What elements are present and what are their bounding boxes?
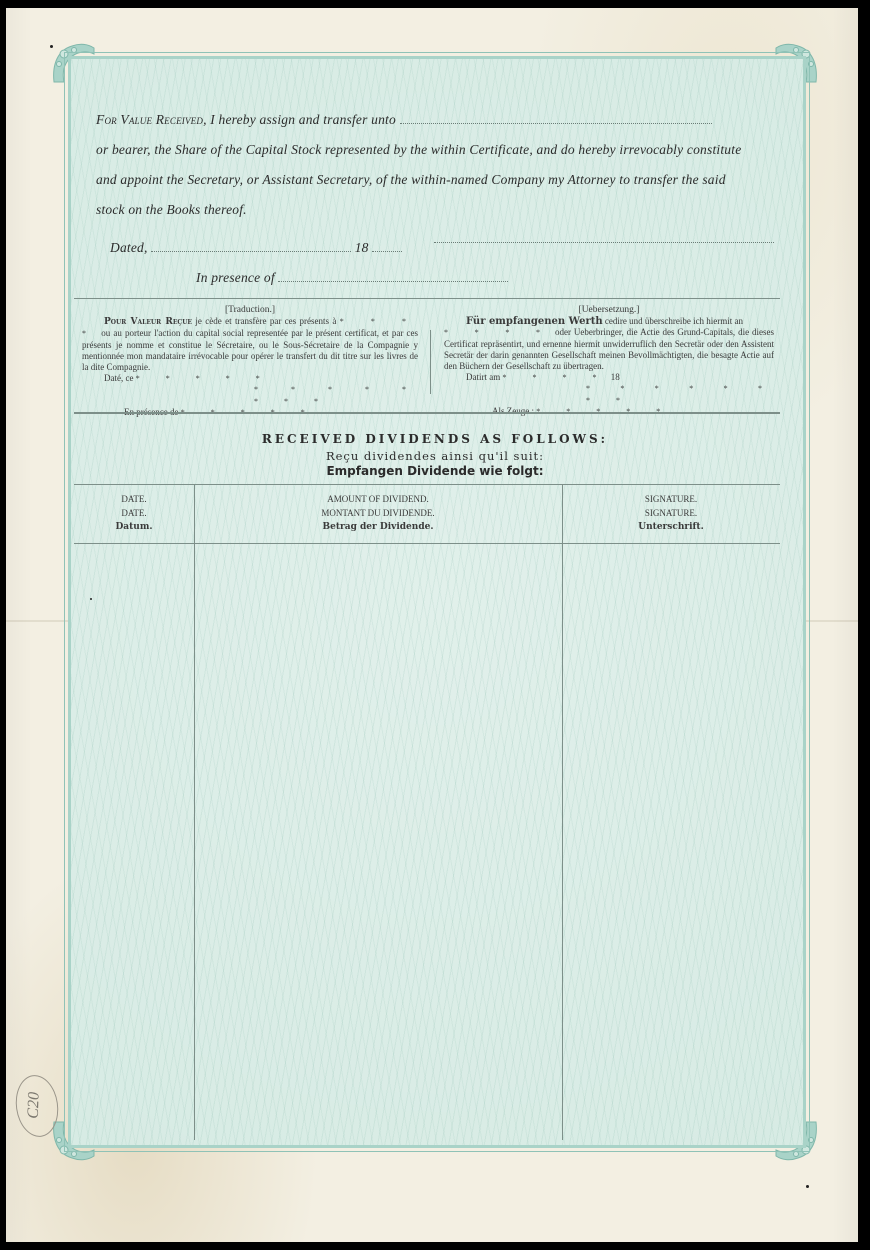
french-lead: Pour Valeur Reçue (104, 317, 192, 327)
paper-speck (90, 598, 92, 600)
presence-row: In presence of (196, 270, 508, 286)
french-heading: [Traduction.] (82, 305, 418, 316)
column-header-date: DATE. DATE. Datum. (74, 492, 194, 534)
german-witness-label: Als Zeuge : (492, 406, 534, 416)
dated-row: Dated, 18 (110, 240, 402, 256)
table-top-rule (74, 484, 780, 485)
for-value-received-caps: For Value Received (96, 112, 203, 127)
dividends-title-en: RECEIVED DIVIDENDS AS FOLLOWS: (0, 432, 870, 446)
french-body: ou au porteur l'action du capital social… (82, 328, 418, 372)
german-translation-block: [Uebersetzung.] Für empfangenen Werth ce… (444, 305, 774, 417)
translation-column-divider (430, 330, 431, 394)
year-prefix: 18 (355, 240, 369, 255)
assignment-line-1: For Value Received, I hereby assign and … (96, 112, 712, 128)
german-heading: [Uebersetzung.] (444, 305, 774, 316)
witness-blank-field[interactable] (278, 271, 508, 282)
german-lead: Für empfangenen Werth (466, 316, 603, 327)
french-dated-label: Daté, ce (104, 373, 133, 383)
date-blank-field[interactable] (151, 241, 351, 252)
assignee-blank-field[interactable] (400, 113, 712, 124)
year-blank-field[interactable] (372, 241, 402, 252)
table-header-rule (74, 543, 780, 544)
signature-blank-field[interactable] (434, 232, 774, 243)
section-divider (74, 412, 780, 414)
dividend-entries-area[interactable] (74, 545, 780, 1139)
section-divider (74, 298, 780, 299)
dividends-title-fr: Reçu dividendes ainsi qu'il suit: (0, 449, 870, 463)
dividends-title-de: Empfangen Dividende wie folgt: (0, 464, 870, 478)
french-translation-block: [Traduction.] Pour Valeur Reçue je cède … (82, 305, 418, 418)
column-header-amount: AMOUNT OF DIVIDEND. MONTANT DU DIVIDENDE… (194, 492, 562, 534)
assignment-line-3: and appoint the Secretary, or Assistant … (96, 172, 726, 188)
assignment-line-4: stock on the Books thereof. (96, 202, 247, 218)
assignment-line-2: or bearer, the Share of the Capital Stoc… (96, 142, 741, 158)
column-header-signature: SIGNATURE. SIGNATURE. Unterschrift. (562, 492, 780, 534)
paper-speck (50, 45, 53, 48)
paper-speck (806, 1185, 809, 1188)
german-dated-label: Datirt am (466, 372, 500, 382)
